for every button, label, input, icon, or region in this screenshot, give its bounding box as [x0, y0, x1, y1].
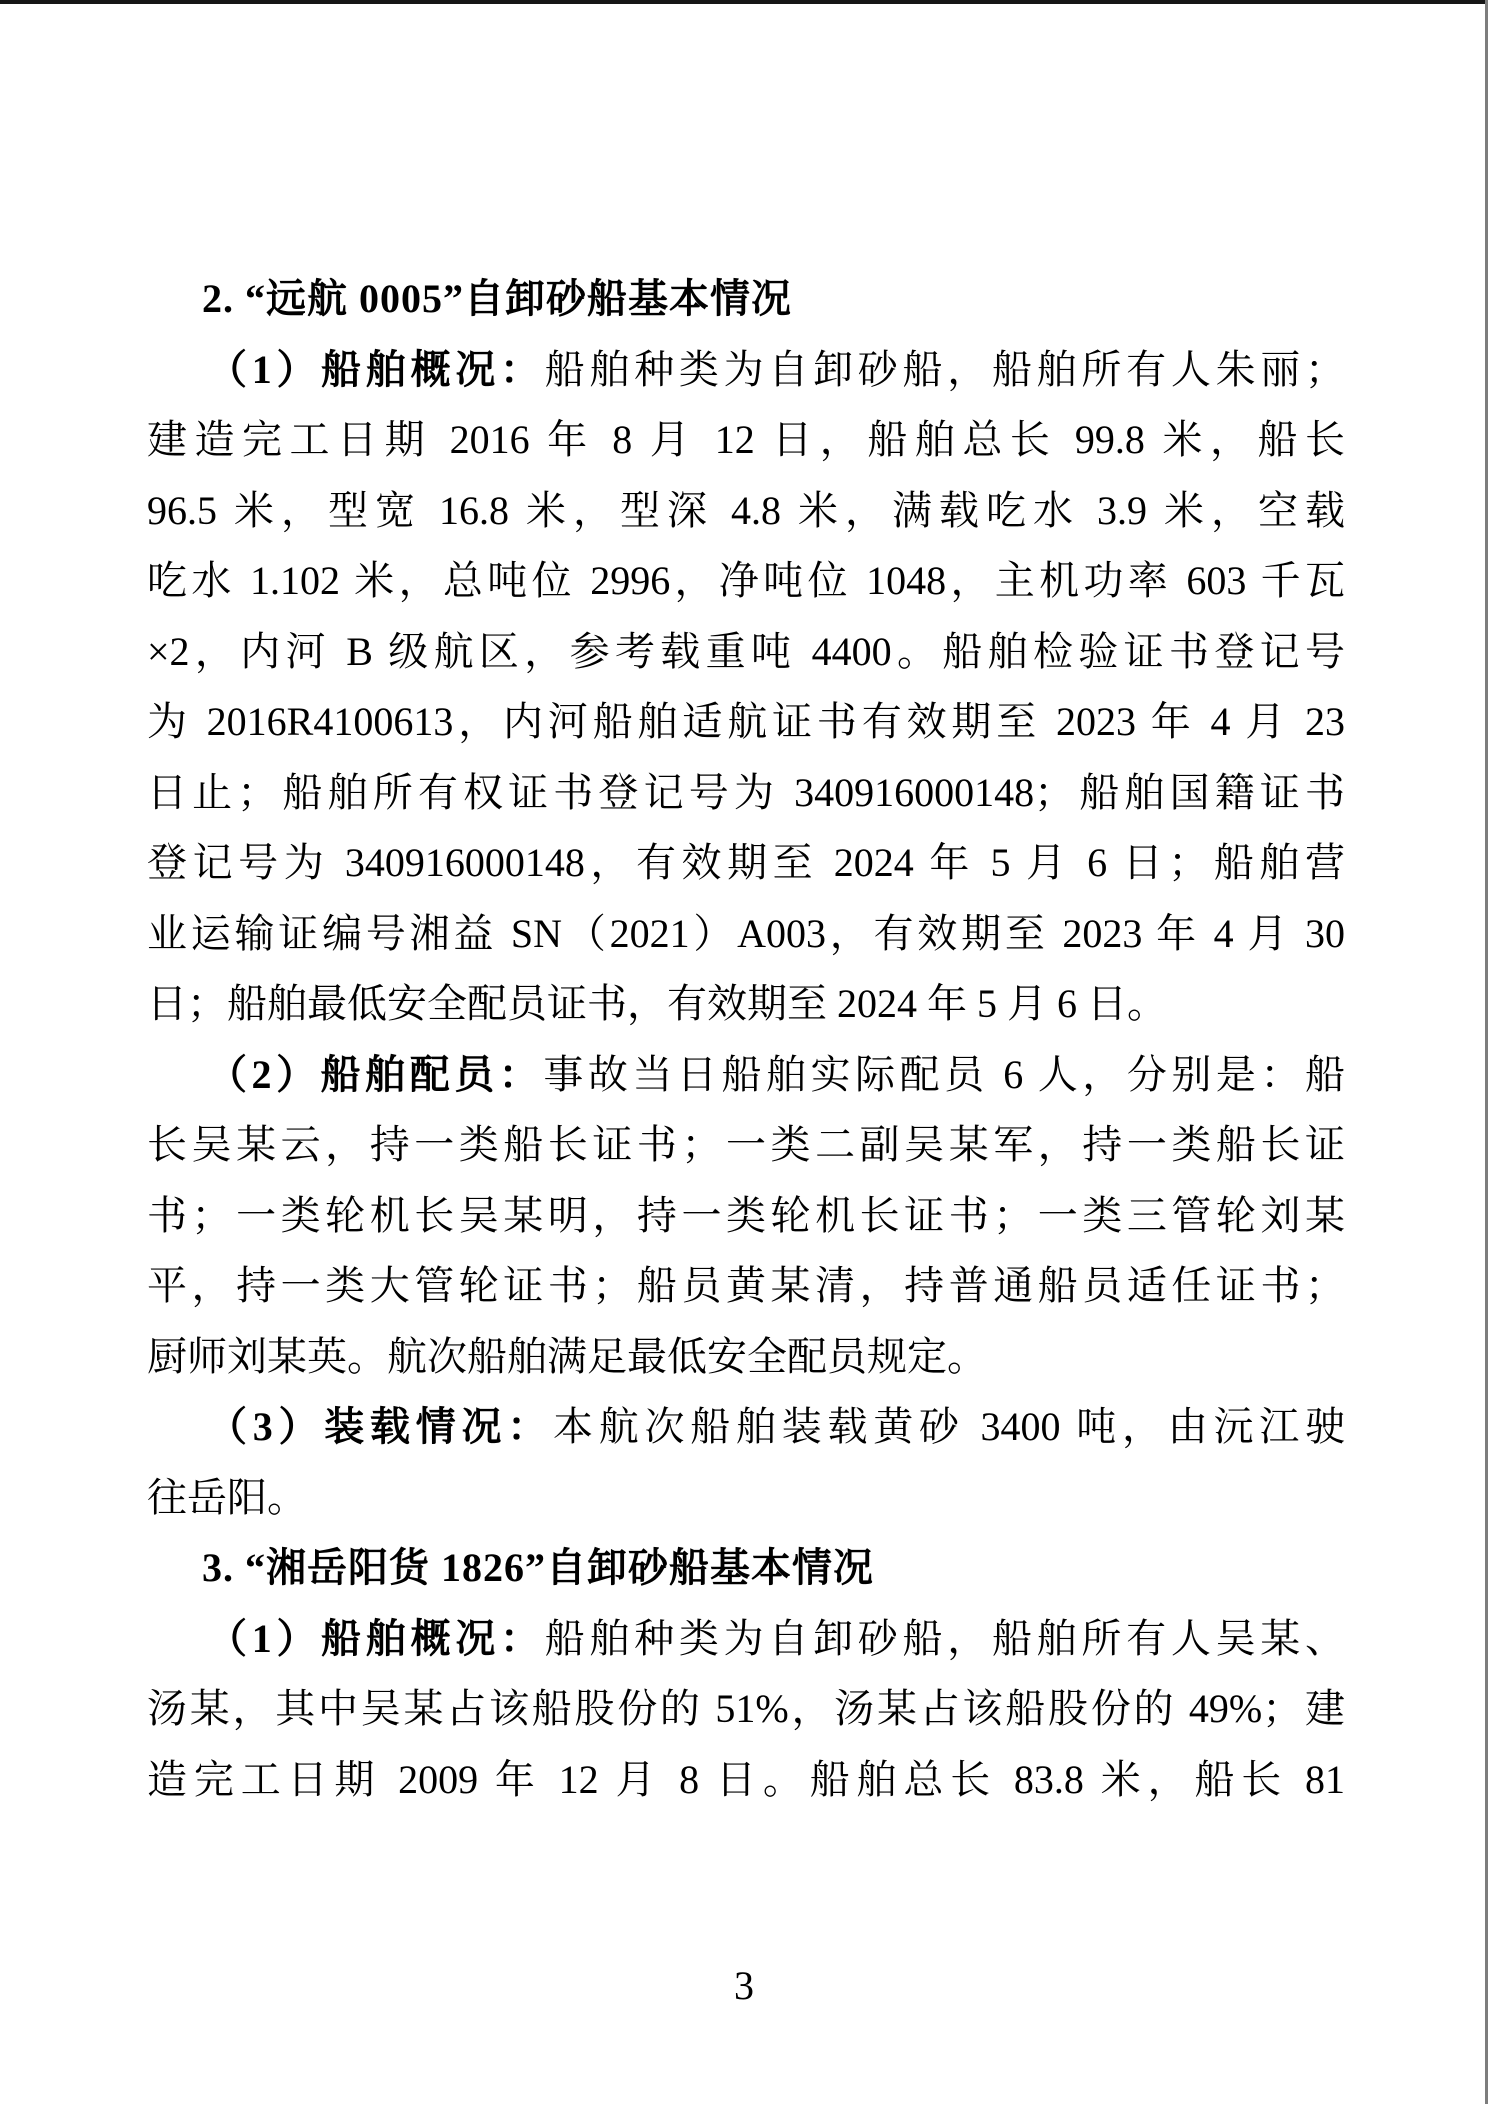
- text-run: 造完工日期 2009 年 12 月 8 日。船舶总长 83.8 米，船长 81: [147, 1757, 1345, 1802]
- text-run: 本航次船舶装载黄砂 3400 吨，由沅江驶: [553, 1404, 1345, 1449]
- document-body: 2. “远航 0005”自卸砂船基本情况（1）船舶概况：船舶种类为自卸砂船，船舶…: [147, 264, 1345, 1815]
- text-line: 吃水 1.102 米，总吨位 2996，净吨位 1048，主机功率 603 千瓦: [147, 546, 1345, 617]
- bold-text-run: （2）船舶配员：: [207, 1052, 543, 1097]
- text-run: 事故当日船舶实际配员 6 人，分别是：船: [543, 1052, 1345, 1097]
- text-line: 书；一类轮机长吴某明，持一类轮机长证书；一类三管轮刘某: [147, 1181, 1345, 1252]
- text-run: 登记号为 340916000148，有效期至 2024 年 5 月 6 日；船舶…: [147, 840, 1345, 885]
- text-line: 建造完工日期 2016 年 8 月 12 日，船舶总长 99.8 米，船长: [147, 405, 1345, 476]
- text-run: 为 2016R4100613，内河船舶适航证书有效期至 2023 年 4 月 2…: [147, 699, 1345, 744]
- text-run: 96.5 米，型宽 16.8 米，型深 4.8 米，满载吃水 3.9 米，空载: [147, 488, 1345, 533]
- text-line: 日；船舶最低安全配员证书，有效期至 2024 年 5 月 6 日。: [147, 969, 1345, 1040]
- bold-text-run: （1）船舶概况：: [207, 1616, 545, 1661]
- text-run: 日；船舶最低安全配员证书，有效期至 2024 年 5 月 6 日。: [147, 981, 1167, 1026]
- bold-text-run: 2. “远航 0005”自卸砂船基本情况: [202, 276, 792, 321]
- document-page: 2. “远航 0005”自卸砂船基本情况（1）船舶概况：船舶种类为自卸砂船，船舶…: [0, 0, 1488, 2104]
- text-line: ×2，内河 B 级航区，参考载重吨 4400。船舶检验证书登记号: [147, 617, 1345, 688]
- text-line: （3）装载情况：本航次船舶装载黄砂 3400 吨，由沅江驶: [147, 1392, 1345, 1463]
- text-line: 汤某，其中吴某占该船股份的 51%，汤某占该船股份的 49%；建: [147, 1674, 1345, 1745]
- text-line: 为 2016R4100613，内河船舶适航证书有效期至 2023 年 4 月 2…: [147, 687, 1345, 758]
- text-line: （2）船舶配员：事故当日船舶实际配员 6 人，分别是：船: [147, 1040, 1345, 1111]
- text-line: 日止；船舶所有权证书登记号为 340916000148；船舶国籍证书: [147, 758, 1345, 829]
- text-line: 往岳阳。: [147, 1463, 1345, 1534]
- page-number: 3: [0, 1960, 1488, 2012]
- text-run: 往岳阳。: [147, 1475, 307, 1520]
- text-line: 业运输证编号湘益 SN（2021）A003，有效期至 2023 年 4 月 30: [147, 899, 1345, 970]
- bold-text-run: 3. “湘岳阳货 1826”自卸砂船基本情况: [202, 1545, 874, 1590]
- text-line: （1）船舶概况：船舶种类为自卸砂船，船舶所有人朱丽；: [147, 335, 1345, 406]
- text-line: 登记号为 340916000148，有效期至 2024 年 5 月 6 日；船舶…: [147, 828, 1345, 899]
- section-heading: 3. “湘岳阳货 1826”自卸砂船基本情况: [147, 1533, 1345, 1604]
- bold-text-run: （3）装载情况：: [207, 1404, 553, 1449]
- text-run: 汤某，其中吴某占该船股份的 51%，汤某占该船股份的 49%；建: [147, 1686, 1345, 1731]
- text-line: 长吴某云，持一类船长证书；一类二副吴某军，持一类船长证: [147, 1110, 1345, 1181]
- text-line: （1）船舶概况：船舶种类为自卸砂船，船舶所有人吴某、: [147, 1604, 1345, 1675]
- text-run: 书；一类轮机长吴某明，持一类轮机长证书；一类三管轮刘某: [147, 1193, 1345, 1238]
- section-heading: 2. “远航 0005”自卸砂船基本情况: [147, 264, 1345, 335]
- text-run: 船舶种类为自卸砂船，船舶所有人吴某、: [545, 1616, 1345, 1661]
- text-line: 平，持一类大管轮证书；船员黄某清，持普通船员适任证书；: [147, 1251, 1345, 1322]
- text-run: 业运输证编号湘益 SN（2021）A003，有效期至 2023 年 4 月 30: [147, 911, 1345, 956]
- text-run: 长吴某云，持一类船长证书；一类二副吴某军，持一类船长证: [147, 1122, 1345, 1167]
- text-run: 厨师刘某英。航次船舶满足最低安全配员规定。: [147, 1334, 987, 1379]
- text-run: 日止；船舶所有权证书登记号为 340916000148；船舶国籍证书: [147, 770, 1345, 815]
- text-line: 96.5 米，型宽 16.8 米，型深 4.8 米，满载吃水 3.9 米，空载: [147, 476, 1345, 547]
- text-run: 船舶种类为自卸砂船，船舶所有人朱丽；: [545, 347, 1345, 392]
- text-run: ×2，内河 B 级航区，参考载重吨 4400。船舶检验证书登记号: [147, 629, 1345, 674]
- text-run: 建造完工日期 2016 年 8 月 12 日，船舶总长 99.8 米，船长: [147, 417, 1345, 462]
- text-run: 平，持一类大管轮证书；船员黄某清，持普通船员适任证书；: [147, 1263, 1345, 1308]
- text-line: 造完工日期 2009 年 12 月 8 日。船舶总长 83.8 米，船长 81: [147, 1745, 1345, 1816]
- text-run: 吃水 1.102 米，总吨位 2996，净吨位 1048，主机功率 603 千瓦: [147, 558, 1345, 603]
- text-line: 厨师刘某英。航次船舶满足最低安全配员规定。: [147, 1322, 1345, 1393]
- bold-text-run: （1）船舶概况：: [207, 347, 545, 392]
- scan-edge-top: [0, 0, 1488, 4]
